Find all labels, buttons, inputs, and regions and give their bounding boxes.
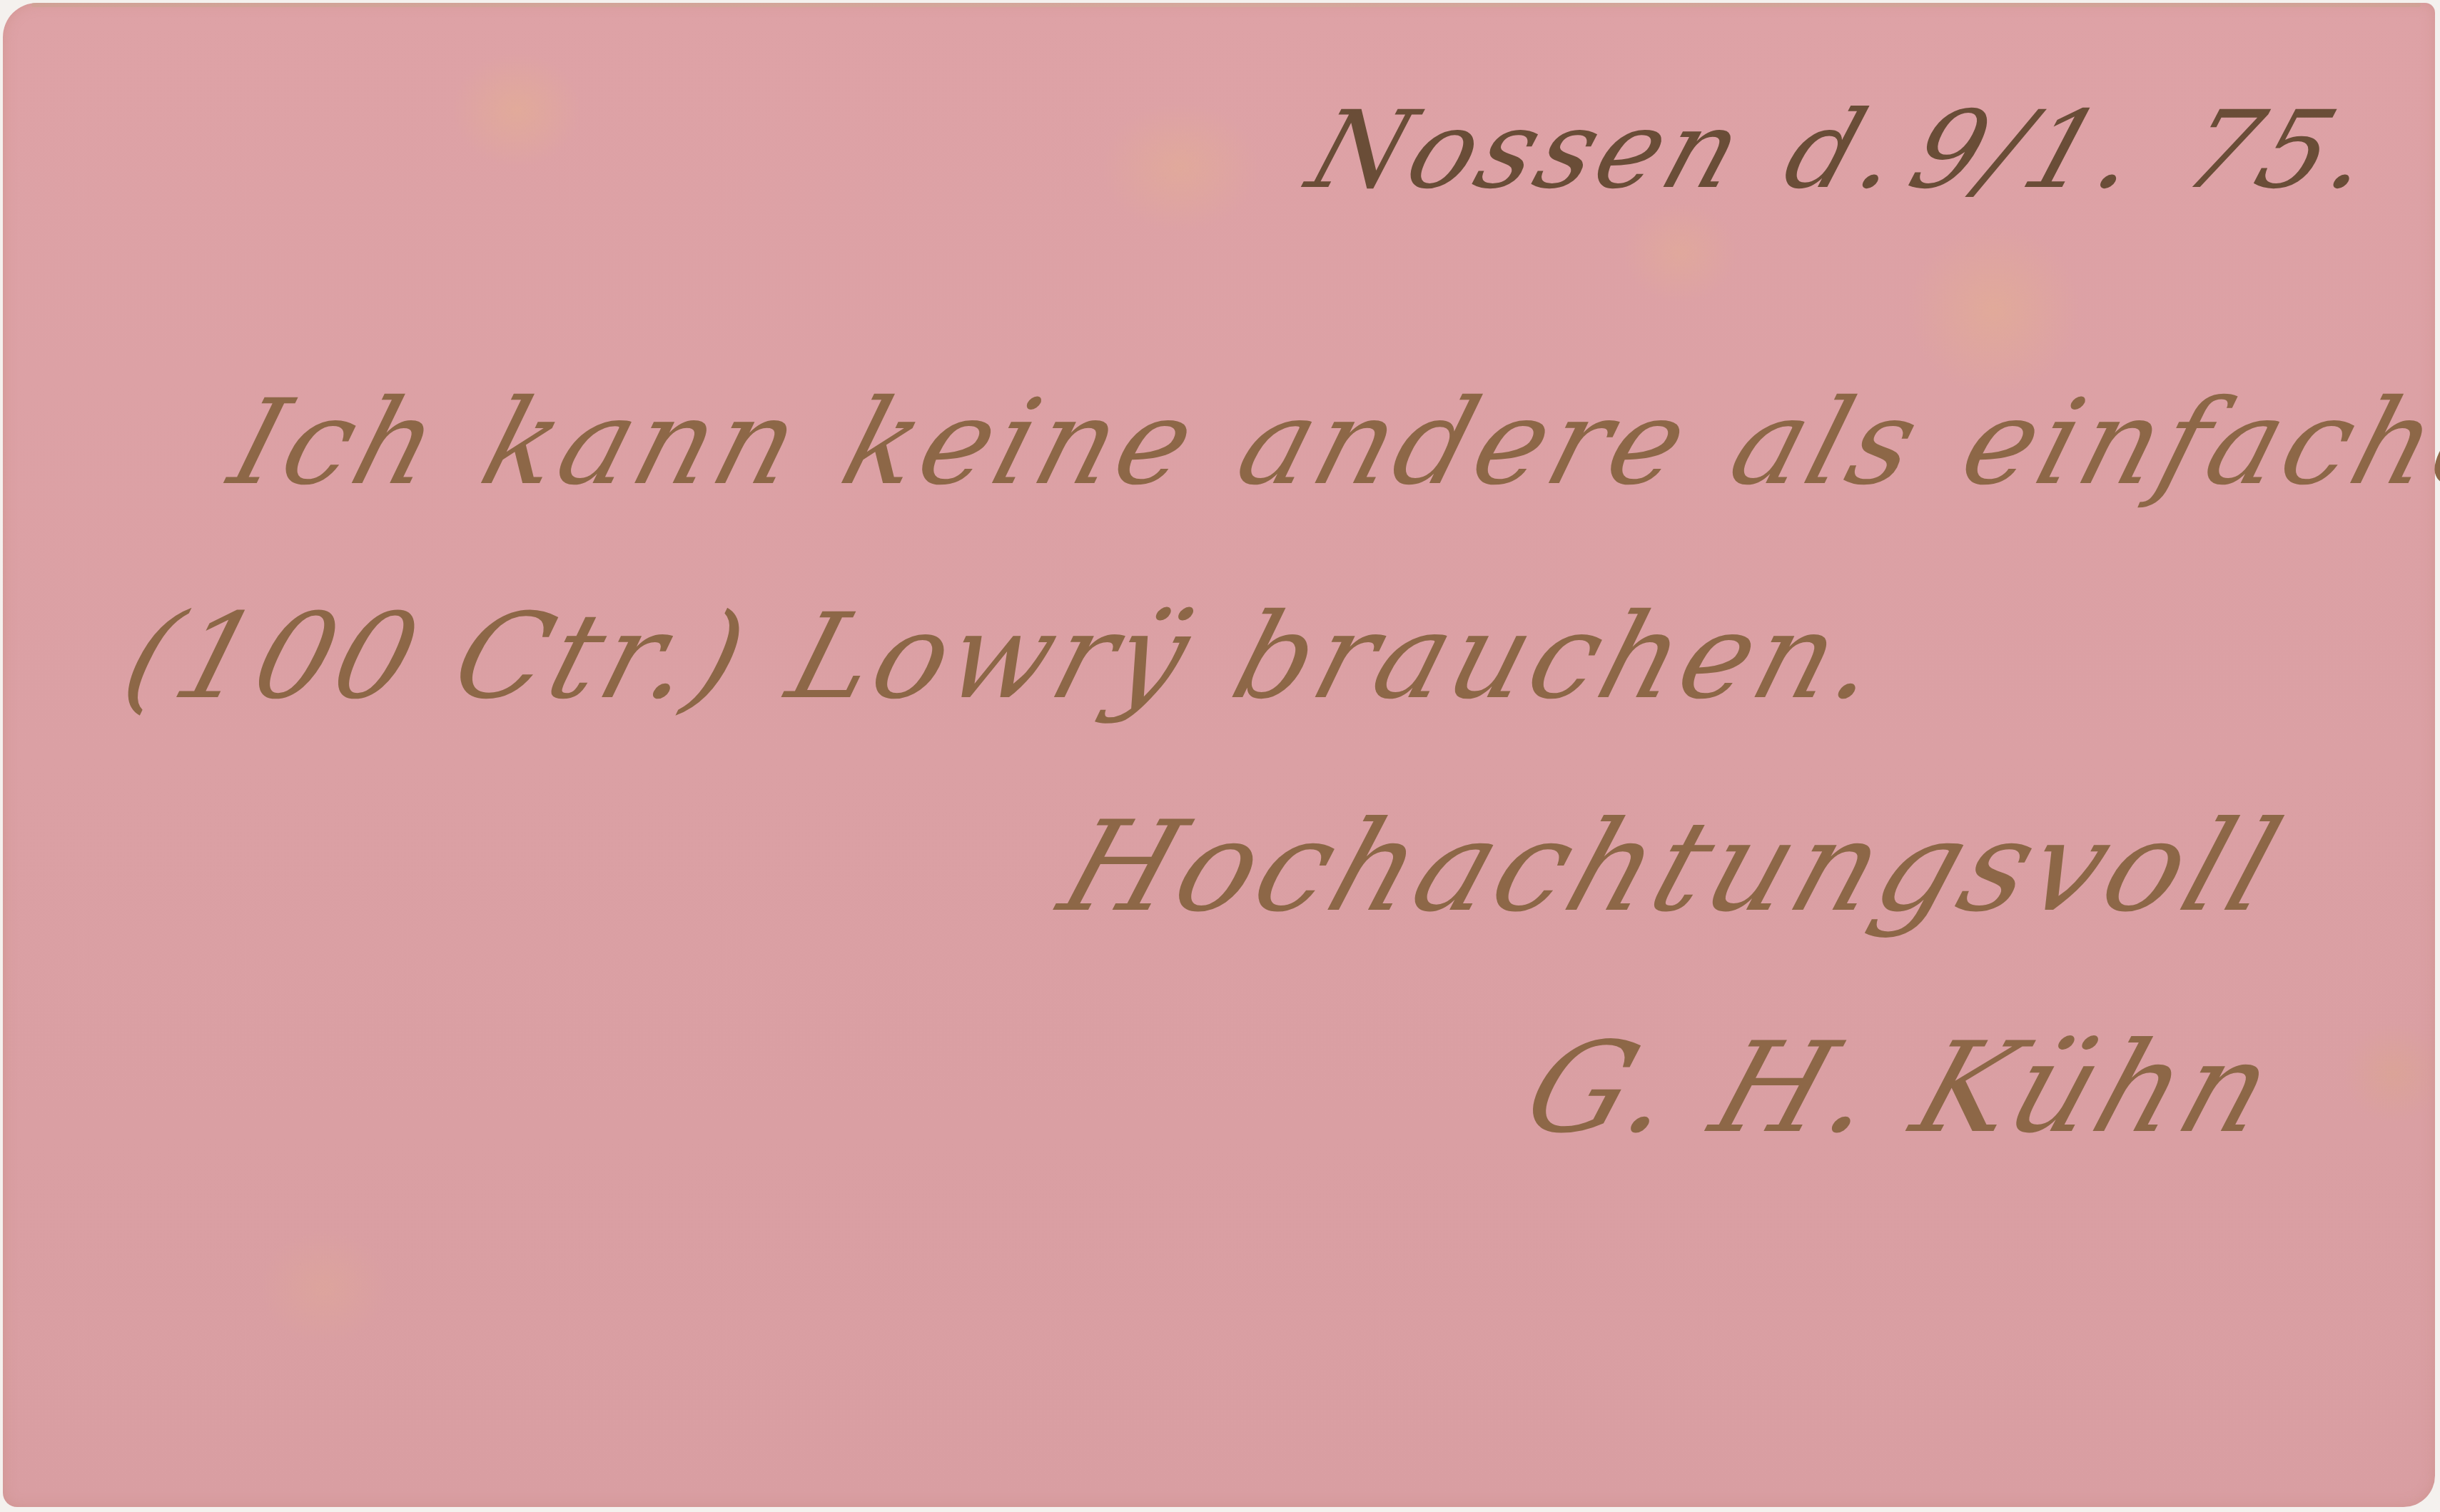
body-word: andere (1224, 374, 1706, 511)
place-name: Nossen (1295, 88, 1761, 213)
body-word: Ich (217, 374, 457, 511)
quantity-note: (100 Ctr.) (110, 588, 764, 725)
postcard: Nossend.9/1.75. Ichkannkeineanderealsein… (3, 3, 2435, 1507)
body-word: keine (829, 374, 1213, 511)
body-line-1: Ichkannkeineanderealseinfache (217, 374, 2440, 511)
signature: G. H. Kühn (1509, 1016, 2294, 1161)
body-word: als (1717, 374, 1938, 511)
card-top-edge (31, 3, 2421, 7)
date-year: 75. (2170, 88, 2393, 213)
body-word: kann (468, 374, 818, 511)
body-word: Lowrÿ (775, 588, 1208, 725)
body-line-2: (100 Ctr.)Lowrÿbrauchen. (110, 588, 1949, 725)
date-prefix: d. (1771, 88, 1922, 213)
body-word: brauchen. (1219, 588, 1899, 725)
closing-salutation: Hochachtungsvoll (1045, 795, 2300, 940)
place-date-line: Nossend.9/1.75. (1295, 88, 2440, 213)
date-day-month: 9/1. (1896, 88, 2160, 213)
body-word: einfache (1948, 374, 2440, 511)
